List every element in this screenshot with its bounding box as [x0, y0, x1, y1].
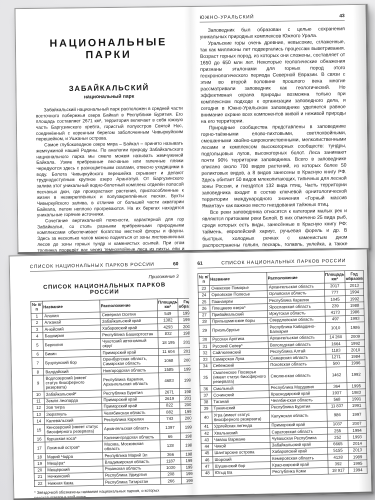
running-head: 61 СПИСОК НАЦИОНАЛЬНЫХ ПАРКОВ РОССИИ: [197, 258, 346, 268]
parks-table-left: № п/пНазваниеРасположениеПлощадь, км²Год…: [31, 298, 193, 487]
page-parks-list-60: СПИСОК НАЦИОНАЛЬНЫХ ПАРКОВ РОССИИ 60 При…: [10, 253, 193, 498]
paragraph: Сочетание вертикальной поясности, характ…: [37, 217, 185, 252]
table-cell: 29: [199, 325, 211, 336]
table-cell: 1068: [158, 355, 179, 367]
running-head: ЮЖНО-УРАЛЬСКИЙ 43: [200, 13, 345, 22]
page-zabaykalsky: НАЦИОНАЛЬНЫЕ ПАРКИ ЗАБАЙКАЛЬСКИЙ национа…: [16, 7, 194, 252]
table-cell: 986: [327, 409, 348, 421]
table-footnote: * Звёздочкой обозначены названия национа…: [34, 488, 183, 499]
table-cell: 15: [33, 424, 45, 435]
article-title: ЗАБАЙКАЛЬСКИЙ: [35, 83, 182, 93]
spread-top-sheet: НАЦИОНАЛЬНЫЕ ПАРКИ ЗАБАЙКАЛЬСКИЙ национа…: [16, 5, 369, 252]
table-cell: 9: [32, 375, 44, 391]
book-preview-background: НАЦИОНАЛЬНЫЕ ПАРКИ ЗАБАЙКАЛЬСКИЙ национа…: [0, 0, 375, 500]
running-head-title: СПИСОК НАЦИОНАЛЬНЫХ ПАРКОВ РОССИИ: [221, 258, 346, 266]
spread-bottom-sheet: СПИСОК НАЦИОНАЛЬНЫХ ПАРКОВ РОССИИ 60 При…: [10, 250, 372, 499]
column-header: Площадь, км²: [324, 271, 345, 283]
paragraph: Все реки заповедника относятся к категор…: [202, 208, 348, 250]
column-header: Год образования: [345, 270, 364, 282]
paragraph: Природные сообщества представлены в запо…: [201, 123, 347, 209]
table-cell: Нижняя Кама: [46, 479, 104, 487]
running-head: СПИСОК НАЦИОНАЛЬНЫХ ПАРКОВ РОССИИ 60: [30, 261, 179, 271]
page-parks-list-61: 61 СПИСОК НАЦИОНАЛЬНЫХ ПАРКОВ РОССИИ № п…: [188, 250, 371, 495]
page-number: 43: [339, 13, 344, 19]
table-cell: 1010: [325, 322, 346, 334]
spread-top: НАЦИОНАЛЬНЫЕ ПАРКИ ЗАБАЙКАЛЬСКИЙ национа…: [15, 4, 371, 254]
column-header: Площадь, км²: [157, 298, 178, 310]
table-cell: 1986: [346, 322, 365, 334]
paragraph: Уральские горы очень древние, невысокие,…: [200, 39, 346, 125]
paragraph: Забайкальский национальный парк располож…: [36, 106, 183, 143]
table-cell: 1992: [347, 367, 366, 383]
table-cell: 17: [34, 442, 46, 453]
table-cell: Смоленская область: [269, 367, 327, 384]
table-cell: 1397: [160, 422, 181, 434]
table-cell: 1991: [181, 477, 193, 484]
paragraph: Самое глубоководное озеро мира – Байкал …: [36, 141, 184, 219]
table-cell: 266: [161, 478, 182, 485]
chapter-title: НАЦИОНАЛЬНЫЕ ПАРКИ: [35, 36, 182, 62]
table-cell: 1994: [349, 467, 368, 474]
table-cell: Республика Карелия, Архангельская област…: [101, 373, 159, 390]
article-body: Заповедник был образован с целью сохране…: [200, 26, 348, 250]
page-yuzhno-uralsky: ЮЖНО-УРАЛЬСКИЙ 43 Заповедник был образов…: [191, 5, 369, 250]
column-header: № п/п: [198, 273, 210, 285]
table-cell: 4683: [159, 373, 180, 389]
running-head-title: ЮЖНО-УРАЛЬСКИЙ: [200, 14, 255, 20]
column-header: № п/п: [31, 301, 43, 313]
table-cell: 48: [202, 470, 214, 477]
running-head-title: СПИСОК НАЦИОНАЛЬНЫХ ПАРКОВ РОССИИ: [30, 262, 155, 270]
table-cell: 18 917: [328, 467, 349, 474]
table-cell: Республика Татарстан: [103, 478, 161, 486]
table-cell: 7: [32, 357, 44, 368]
table-cell: 1462: [326, 367, 347, 383]
table-cell: Смоленское Поозерье (имеет статус биосфе…: [211, 368, 269, 385]
parks-table-right: № п/пНазваниеРасположениеПлощадь, км²Год…: [198, 270, 368, 477]
page-number: 60: [173, 261, 178, 267]
table-cell: Югыд Ва: [213, 469, 271, 477]
annex-label: Приложение 3: [30, 274, 179, 282]
table-cell: 18 195: [158, 337, 179, 349]
table-cell: 5: [32, 339, 44, 350]
table-cell: 22: [34, 480, 46, 487]
table-cell: 35: [200, 369, 212, 385]
article-subtitle: национальный парк: [36, 93, 183, 100]
table-cell: 1997: [347, 409, 366, 421]
page-number: 61: [197, 261, 202, 267]
article-body: Забайкальский национальный парк располож…: [36, 106, 185, 253]
table-cell: Республика Коми: [271, 467, 329, 475]
table-title: СПИСОК НАЦИОНАЛЬНЫХ ПАРКОВ РОССИИ: [30, 282, 179, 297]
table-cell: Водлозерский (имеет статус биосферного р…: [44, 374, 102, 391]
table-cell: 128: [160, 440, 181, 452]
table-cell: 40: [200, 412, 212, 423]
spread-bottom: СПИСОК НАЦИОНАЛЬНЫХ ПАРКОВ РОССИИ 60 При…: [9, 249, 374, 500]
